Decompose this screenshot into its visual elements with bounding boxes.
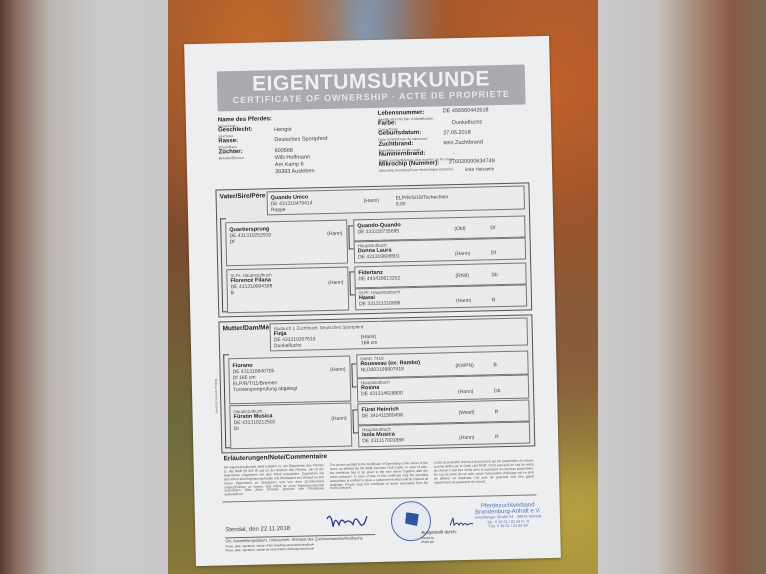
sire-granddam-box: St.Pr. Hauptstutbuch Florence Filana DE … (226, 267, 349, 314)
dam-ggd1-box: Hauptstutbuch Rosina DE 431314628500 (Ha… (357, 374, 530, 402)
sire-box: Quando Unico DE 431310479414 Rappe (Hann… (266, 186, 524, 216)
value-microchip-location: linke Halsseite (465, 165, 494, 173)
sire-section-title: Vater/Sire/Père (220, 192, 266, 200)
value-sex: Hengst (274, 127, 292, 134)
value-colour: Dunkelfuchs (452, 119, 482, 127)
title-banner: EIGENTUMSURKUNDE CERTIFICATE OF OWNERSHI… (217, 64, 526, 111)
value-brand: kein Zuchtbrand (443, 139, 483, 147)
sire-pedigree-section: Vater/Sire/Père Quando Unico DE 43131047… (215, 182, 532, 317)
signature (325, 508, 374, 533)
dam-box: Stutbuch 1 Zuchtbuch: Deutsches Sportpfe… (269, 317, 528, 351)
dam-section-title: Mutter/Dam/Mère (223, 324, 276, 332)
association-address-stamp: Pferdezuchtverband Brandenburg-Anhalt e.… (473, 502, 544, 529)
dam-grandsire-box: Fiorano DE 431316640705 Df 166 cm ELP/R/… (228, 356, 351, 405)
sire-grandsire-box: Quartiersprung DE 431310252910 Df (Hann) (225, 220, 348, 267)
value-brand-number: - (453, 151, 455, 158)
horse-logo-icon (405, 512, 419, 526)
notes-french: L'acte de propriété revient à la personn… (434, 459, 535, 485)
notes-title: Erläuterungen/Note/Commentaire (223, 453, 327, 462)
field-microchip: Mikrochip (Nummer): Microchip (number)/P… (379, 160, 454, 173)
value-birth-date: 27.05.2018 (443, 130, 471, 138)
footer-caption: Ort, Ausstellungsdatum, Unterschrift, St… (225, 536, 362, 553)
sire-ggd1-box: Hauptstutbuch Donna Laura DE 43131980650… (354, 238, 526, 264)
field-breed: Rasse: Breed/Race (218, 138, 238, 149)
notes-german: Die Eigentumsurkunde steht lediglich zu,… (224, 464, 325, 498)
dam-ggd2-box: Hauptstutbuch Isola Musica DE 3313170018… (358, 421, 530, 447)
notes-english: The person entitled to the Certificate o… (330, 462, 429, 492)
blurred-background-right (598, 0, 766, 574)
value-breed: Deutsches Sportpferd (274, 136, 327, 144)
ownership-certificate: EIGENTUMSURKUNDE CERTIFICATE OF OWNERSHI… (184, 36, 561, 566)
field-breeder: Züchter: Breeder/Eleveur (219, 149, 245, 161)
issued-by: Ausgestellt durch: Issued by Établi par (421, 530, 457, 544)
value-life-number: DE 456560442618 (443, 107, 489, 115)
field-sex: Geschlecht: Sex/Sexe (218, 127, 253, 139)
blurred-background-left (0, 0, 168, 574)
value-breeder: 600568 Willi Hoffmann Am Kamp 6 39393 Au… (275, 147, 315, 176)
sire-ggd2-box: St.Pr. Hauptstutbuch Hawai DE 3313113106… (355, 284, 527, 310)
issuer-initials (449, 514, 475, 525)
dam-pedigree-section: Mutter/Dam/Mère Stutbuch 1 Zuchtbuch: De… (218, 314, 535, 453)
side-security-text: Sensitive Security Printing (214, 379, 219, 414)
dam-granddam-box: Hauptstutbuch Fürstin Musica DE 43131021… (229, 403, 352, 450)
place-and-date: Stendal, den 22.11.2018 (225, 526, 290, 534)
